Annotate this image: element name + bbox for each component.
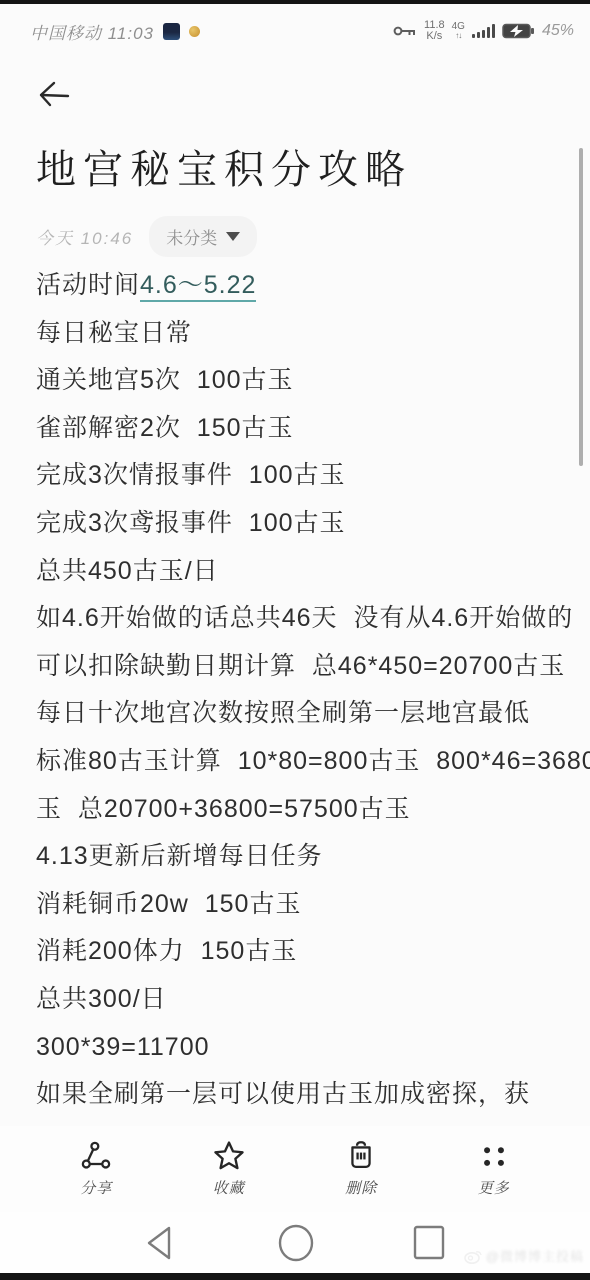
delete-label: 删除: [345, 1177, 377, 1198]
navigation-bar: @微博博主投稿: [0, 1212, 590, 1273]
note-line: 标准80古玉计算 10*80=800古玉 800*46=36800古: [36, 738, 564, 786]
weibo-icon: [464, 1248, 482, 1264]
nav-recents-square-button[interactable]: [412, 1224, 446, 1262]
top-bezel: [0, 0, 590, 4]
more-dots-icon: [479, 1140, 509, 1172]
note-line: 每日秘宝日常: [36, 310, 564, 358]
note-line: 雀部解密2次 150古玉: [36, 405, 564, 453]
notification-dot-icon: [189, 26, 200, 37]
bottom-bezel: [0, 1273, 590, 1280]
more-label: 更多: [478, 1177, 510, 1198]
activity-time-prefix: 活动时间: [36, 271, 140, 299]
nav-back-triangle-button[interactable]: [143, 1224, 175, 1262]
note-date-label: 今天 10:46: [36, 224, 133, 249]
share-label: 分享: [80, 1177, 112, 1198]
note-line: 每日十次地宫次数按照全刷第一层地宫最低: [36, 690, 564, 738]
watermark-text: @微博博主投稿: [486, 1246, 584, 1265]
delete-button[interactable]: 删除: [295, 1126, 428, 1212]
scrollbar-thumb[interactable]: [579, 148, 583, 466]
share-icon: [80, 1140, 112, 1172]
signal-strength-icon: [472, 24, 495, 38]
star-icon: [212, 1140, 246, 1172]
note-body[interactable]: 活动时间4.6～5.22 每日秘宝日常 通关地宫5次 100古玉 雀部解密2次 …: [36, 262, 564, 1119]
favorite-label: 收藏: [213, 1177, 245, 1198]
note-line: 总共450古玉/日: [36, 548, 564, 596]
category-label: 未分类: [166, 224, 217, 249]
notification-app-icon: [163, 23, 180, 40]
chevron-down-icon: [226, 232, 240, 241]
network-type-indicator: 4G ↑↓: [452, 22, 465, 40]
bottom-toolbar: 分享 收藏 删除 更多: [0, 1126, 590, 1212]
note-line: 300*39=11700: [36, 1024, 564, 1072]
note-line: 消耗铜币20w 150古玉: [36, 881, 564, 929]
note-line: 总共300/日: [36, 976, 564, 1024]
vpn-key-icon: [393, 23, 417, 39]
note-line: 可以扣除缺勤日期计算 总46*450=20700古玉: [36, 643, 564, 691]
trash-icon: [346, 1140, 376, 1172]
date-range-link[interactable]: 4.6～5.22: [140, 271, 256, 302]
note-line: 活动时间4.6～5.22: [36, 262, 564, 310]
back-arrow-button[interactable]: [34, 76, 72, 114]
category-dropdown[interactable]: 未分类: [149, 216, 257, 257]
note-line: 通关地宫5次 100古玉: [36, 357, 564, 405]
note-line: 4.13更新后新增每日任务: [36, 833, 564, 881]
carrier-time-label: 中国移动 11:03: [30, 19, 154, 44]
network-speed-indicator: 11.8 K/s: [424, 20, 445, 42]
note-line: 如4.6开始做的话总共46天 没有从4.6开始做的: [36, 595, 564, 643]
more-button[interactable]: 更多: [428, 1126, 561, 1212]
note-line: 完成3次鸢报事件 100古玉: [36, 500, 564, 548]
nav-home-circle-button[interactable]: [276, 1224, 316, 1262]
share-button[interactable]: 分享: [30, 1126, 163, 1212]
status-bar: 中国移动 11:03 11.8 K/s 4G ↑↓: [30, 14, 574, 48]
battery-charging-icon: [502, 23, 535, 39]
note-title: 地宫秘宝积分攻略: [36, 138, 560, 195]
battery-percent-label: 45%: [542, 22, 574, 40]
note-line: 玉 总20700+36800=57500古玉: [36, 786, 564, 834]
note-meta: 今天 10:46 未分类: [36, 216, 257, 257]
note-line: 如果全刷第一层可以使用古玉加成密探，获: [36, 1071, 564, 1119]
watermark: @微博博主投稿: [464, 1246, 584, 1265]
phone-screen: 中国移动 11:03 11.8 K/s 4G ↑↓: [0, 0, 590, 1280]
note-line: 完成3次情报事件 100古玉: [36, 452, 564, 500]
note-line: 消耗200体力 150古玉: [36, 928, 564, 976]
favorite-button[interactable]: 收藏: [163, 1126, 296, 1212]
